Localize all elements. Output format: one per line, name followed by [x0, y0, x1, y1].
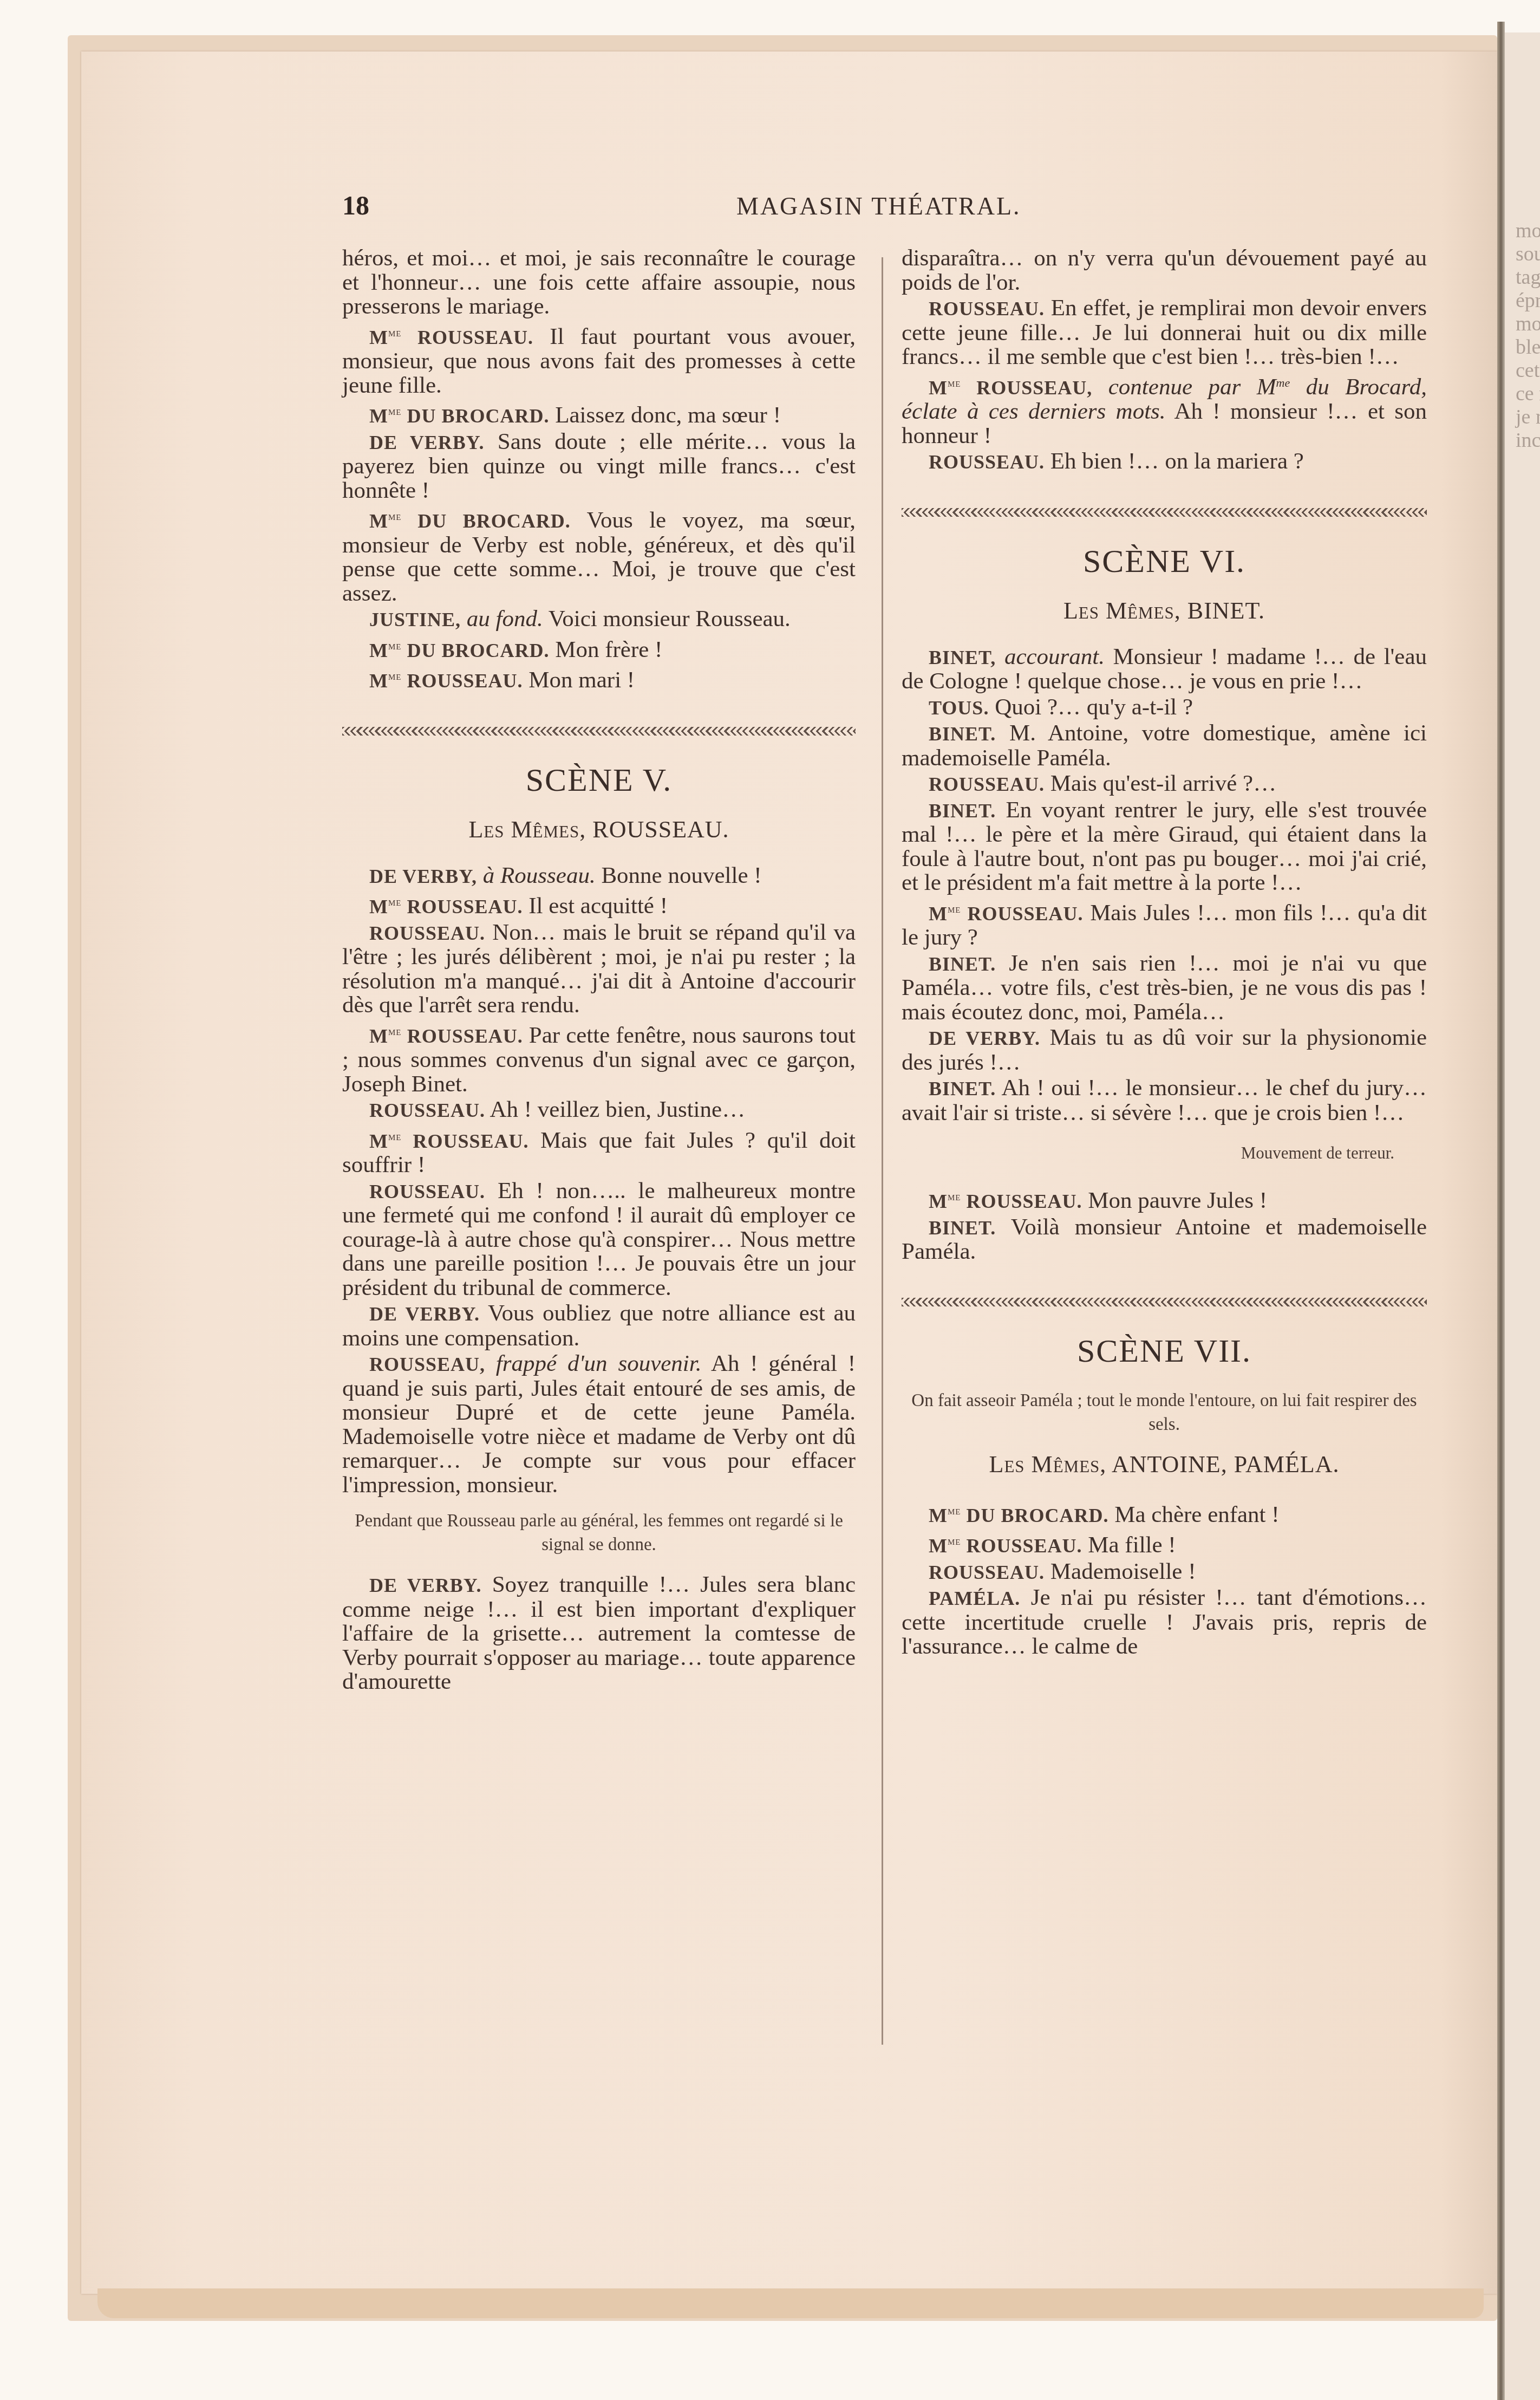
- speaker: ROUSSEAU.: [369, 1100, 485, 1121]
- speech: ROUSSEAU. Eh bien !… on la mariera ?: [902, 450, 1427, 474]
- scene-title: SCÈNE V.: [342, 768, 856, 792]
- speech: DE VERBY, à Rousseau. Bonne nouvelle !: [342, 864, 856, 889]
- speech: BINET. Voilà monsieur Antoine et mademoi…: [902, 1215, 1427, 1264]
- adjacent-page-text: mou sour tage épri mon ble cett ce r je …: [1516, 219, 1540, 452]
- scene-title: SCÈNE VII.: [902, 1339, 1427, 1363]
- speech: DE VERBY. Sans doute ; elle mérite… vous…: [342, 430, 856, 503]
- speaker: BINET.: [929, 723, 996, 745]
- speech: Mme DU BROCARD. Laissez donc, ma sœur !: [342, 399, 856, 428]
- speech: DE VERBY. Vous oubliez que notre allianc…: [342, 1302, 856, 1350]
- speaker: Mme DU BROCARD.: [369, 510, 571, 532]
- speech: Mme ROUSSEAU. Mais que fait Jules ? qu'i…: [342, 1124, 856, 1178]
- speaker: DE VERBY.: [369, 1303, 480, 1325]
- speech: PAMÉLA. Je n'ai pu résister !… tant d'ém…: [902, 1586, 1427, 1659]
- speech: Mme ROUSSEAU. Par cette fenêtre, nous sa…: [342, 1019, 856, 1097]
- speaker: Mme DU BROCARD.: [929, 1505, 1108, 1526]
- stage-direction: frappé d'un souvenir.: [496, 1351, 702, 1376]
- book-spine: [1497, 22, 1505, 2400]
- speech: BINET. Ah ! oui !… le monsieur… le chef …: [902, 1076, 1427, 1125]
- speaker: ROUSSEAU.: [929, 298, 1045, 320]
- speech: BINET. Je n'en sais rien !… moi je n'ai …: [902, 952, 1427, 1025]
- left-column: héros, et moi… et moi, je sais reconnaît…: [342, 246, 856, 1696]
- speaker: Mme ROUSSEAU.: [929, 1191, 1082, 1212]
- page-bottom-edge: [97, 2288, 1484, 2318]
- scene-cast: Les Mêmes, ANTOINE, PAMÉLA.: [902, 1453, 1427, 1477]
- right-column: disparaîtra… on n'y verra qu'un dévoueme…: [902, 246, 1427, 1661]
- running-title: MAGASIN THÉATRAL.: [736, 192, 1021, 220]
- speaker: Mme ROUSSEAU.: [929, 903, 1083, 925]
- speaker: Mme ROUSSEAU.: [369, 1130, 528, 1152]
- stage-direction-block: On fait asseoir Paméla ; tout le monde l…: [902, 1389, 1427, 1436]
- speaker: ROUSSEAU.: [369, 1181, 485, 1202]
- speech: ROUSSEAU. Non… mais le bruit se répand q…: [342, 921, 856, 1018]
- speech: Mme DU BROCARD. Mon frère !: [342, 634, 856, 663]
- stage-direction: accourant.: [1004, 644, 1105, 669]
- ornamental-rule: [902, 508, 1427, 517]
- stage-direction-block: Pendant que Rousseau parle au général, l…: [342, 1509, 856, 1557]
- speech: Mme ROUSSEAU. Mon mari !: [342, 664, 856, 693]
- speech: DE VERBY. Mais tu as dû voir sur la phys…: [902, 1026, 1427, 1075]
- speech: Mme ROUSSEAU. Il faut pourtant vous avou…: [342, 321, 856, 398]
- speaker: JUSTINE,: [369, 609, 461, 630]
- speaker: DE VERBY.: [929, 1027, 1040, 1049]
- speech: ROUSSEAU. Eh ! non….. le malheureux mont…: [342, 1179, 856, 1300]
- speech: Mme DU BROCARD. Ma chère enfant !: [902, 1499, 1427, 1528]
- speaker: Mme ROUSSEAU.: [369, 670, 523, 692]
- speech: ROUSSEAU, frappé d'un souvenir. Ah ! gén…: [342, 1352, 856, 1497]
- speaker: Mme ROUSSEAU,: [929, 377, 1092, 399]
- speaker: Mme DU BROCARD.: [369, 405, 549, 427]
- ornamental-rule: [902, 1298, 1427, 1306]
- page-header: 18 MAGASIN THÉATRAL.: [342, 190, 1425, 222]
- speaker: Mme ROUSSEAU.: [369, 327, 533, 348]
- speech: Mme ROUSSEAU. Mon pauvre Jules !: [902, 1185, 1427, 1214]
- speech: Mme ROUSSEAU. Il est acquitté !: [342, 890, 856, 919]
- speaker: DE VERBY,: [369, 866, 477, 887]
- speech: BINET. M. Antoine, votre domestique, amè…: [902, 721, 1427, 770]
- speaker: Mme ROUSSEAU.: [369, 896, 523, 918]
- speaker: PAMÉLA.: [929, 1588, 1020, 1609]
- speech: Mme ROUSSEAU, contenue par Mme du Brocar…: [902, 371, 1427, 448]
- continued-paragraph: disparaîtra… on n'y verra qu'un dévoueme…: [902, 246, 1427, 295]
- speaker: Mme DU BROCARD.: [369, 640, 549, 661]
- speech: Mme DU BROCARD. Vous le voyez, ma sœur, …: [342, 504, 856, 606]
- speech: ROUSSEAU. Ah ! veillez bien, Justine…: [342, 1098, 856, 1123]
- speech: Mme ROUSSEAU. Ma fille !: [902, 1529, 1427, 1558]
- speech: DE VERBY. Soyez tranquille !… Jules sera…: [342, 1573, 856, 1694]
- speech: ROUSSEAU. Mais qu'est-il arrivé ?…: [902, 772, 1427, 797]
- speaker: BINET.: [929, 1078, 996, 1100]
- speaker: ROUSSEAU.: [929, 1562, 1045, 1583]
- scene-cast: Les Mêmes, BINET.: [902, 599, 1427, 623]
- speech: TOUS. Quoi ?… qu'y a-t-il ?: [902, 695, 1427, 720]
- speaker: TOUS.: [929, 697, 989, 719]
- speaker: DE VERBY.: [369, 1575, 482, 1596]
- scene-title: SCÈNE VI.: [902, 549, 1427, 574]
- ornamental-rule: [342, 727, 856, 736]
- speech: ROUSSEAU. En effet, je remplirai mon dev…: [902, 296, 1427, 369]
- speaker: ROUSSEAU.: [929, 773, 1045, 795]
- speech: BINET. En voyant rentrer le jury, elle s…: [902, 798, 1427, 895]
- column-divider: [882, 257, 883, 2045]
- speaker: ROUSSEAU,: [369, 1354, 485, 1375]
- speaker: Mme ROUSSEAU.: [369, 1025, 523, 1047]
- stage-direction: à Rousseau.: [483, 863, 596, 888]
- speech: ROUSSEAU. Mademoiselle !: [902, 1560, 1427, 1585]
- speech: Mme ROUSSEAU. Mais Jules !… mon fils !… …: [902, 897, 1427, 950]
- speech: JUSTINE, au fond. Voici monsieur Roussea…: [342, 607, 856, 632]
- speaker: Mme ROUSSEAU.: [929, 1535, 1082, 1557]
- speaker: ROUSSEAU.: [929, 451, 1045, 473]
- stage-direction-block: Mouvement de terreur.: [902, 1141, 1394, 1165]
- speaker: BINET.: [929, 953, 996, 975]
- speech: BINET, accourant. Monsieur ! madame !… d…: [902, 645, 1427, 694]
- scene-cast: Les Mêmes, ROUSSEAU.: [342, 818, 856, 842]
- speaker: ROUSSEAU.: [369, 922, 485, 944]
- speaker: BINET.: [929, 1217, 996, 1239]
- adjacent-page: mou sour tage épri mon ble cett ce r je …: [1505, 32, 1540, 2400]
- speaker: BINET,: [929, 647, 996, 668]
- speaker: DE VERBY.: [369, 432, 485, 453]
- page-number: 18: [342, 190, 369, 221]
- stage-direction: au fond.: [467, 606, 543, 632]
- continued-paragraph: héros, et moi… et moi, je sais reconnaît…: [342, 246, 856, 319]
- speaker: BINET.: [929, 800, 996, 822]
